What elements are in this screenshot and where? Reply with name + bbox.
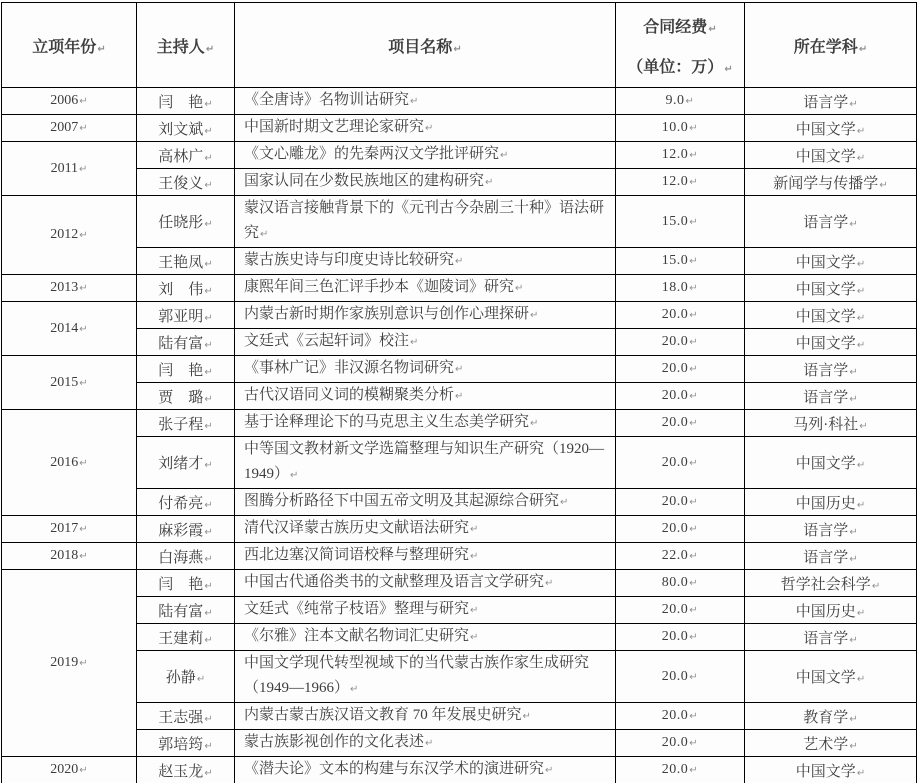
paragraph-mark-icon: ↵ bbox=[857, 126, 865, 137]
field-cell: 中国文学↵ bbox=[745, 248, 917, 275]
paragraph-mark-icon: ↵ bbox=[410, 337, 418, 348]
paragraph-mark-icon: ↵ bbox=[290, 470, 298, 481]
project-cell: 基于诠释理论下的马克思主义生态美学研究↵ bbox=[235, 410, 616, 437]
field-cell-label: 中国文学 bbox=[796, 122, 856, 138]
paragraph-mark-icon: ↵ bbox=[79, 123, 87, 134]
host-cell: 郭亚明↵ bbox=[137, 302, 235, 329]
paragraph-mark-icon: ↵ bbox=[455, 256, 463, 267]
host-cell-label: 高林广 bbox=[158, 149, 203, 165]
table-row: 孙静↵中国文学现代转型视域下的当代蒙古族作家生成研究（1949—1966）↵20… bbox=[2, 651, 917, 703]
project-cell: 中国古代通俗类书的文献整理及语言文学研究↵ bbox=[235, 570, 616, 597]
paragraph-mark-icon: ↵ bbox=[686, 96, 695, 107]
fund-cell-label: 20.0 bbox=[662, 388, 689, 403]
project-cell-label: 中国新时期文艺理论家研究 bbox=[244, 119, 424, 135]
project-cell-label: 内蒙古蒙古族汉语文教育 70 年发展史研究 bbox=[244, 707, 522, 723]
paragraph-mark-icon: ↵ bbox=[79, 658, 87, 669]
field-cell: 马列·科社↵ bbox=[745, 410, 917, 437]
table-row: 2017↵麻彩霞↵清代汉译蒙古族历史文献语法研究↵20.0↵语言学↵ bbox=[2, 516, 917, 543]
project-cell: 康熙年间三色汇评手抄本《迦陵词》研究↵ bbox=[235, 275, 616, 302]
fund-cell-label: 20.0 bbox=[662, 521, 689, 536]
host-cell: 贾 璐↵ bbox=[137, 383, 235, 410]
fund-cell-label: 12.0 bbox=[662, 147, 689, 162]
fund-cell: 15.0↵ bbox=[616, 248, 745, 275]
paragraph-mark-icon: ↵ bbox=[79, 765, 87, 776]
paragraph-mark-icon: ↵ bbox=[204, 500, 212, 511]
paragraph-mark-icon: ↵ bbox=[204, 313, 212, 324]
col-header-fund-line1-label: 合同经费 bbox=[643, 19, 707, 36]
paragraph-mark-icon: ↵ bbox=[204, 527, 212, 538]
paragraph-mark-icon: ↵ bbox=[350, 684, 358, 695]
host-cell-label: 闫 艳 bbox=[158, 577, 203, 593]
host-cell-label: 孙静 bbox=[166, 670, 196, 686]
fund-cell-label: 15.0 bbox=[662, 253, 689, 268]
project-cell: 西北边塞汉简词语校释与整理研究↵ bbox=[235, 543, 616, 570]
table-row: 陆有富↵文廷式《云起轩词》校注↵20.0↵中国文学↵ bbox=[2, 329, 917, 356]
fund-cell: 20.0↵ bbox=[616, 730, 745, 757]
table-row: 2014↵郭亚明↵内蒙古新时期作家族别意识与创作心理探研↵20.0↵中国文学↵ bbox=[2, 302, 917, 329]
year-cell: 2007↵ bbox=[2, 115, 137, 142]
paragraph-mark-icon: ↵ bbox=[545, 765, 553, 776]
host-cell-label: 任晓彤 bbox=[158, 215, 203, 231]
paragraph-mark-icon: ↵ bbox=[689, 738, 698, 749]
year-cell-label: 2006 bbox=[50, 93, 78, 108]
year-cell: 2006↵ bbox=[2, 88, 137, 115]
project-cell: 《全唐诗》名物训诂研究↵ bbox=[235, 88, 616, 115]
paragraph-mark-icon: ↵ bbox=[515, 283, 523, 294]
paragraph-mark-icon: ↵ bbox=[79, 230, 87, 241]
paragraph-mark-icon: ↵ bbox=[857, 608, 865, 619]
col-header-field: 所在学科↵ bbox=[745, 3, 917, 88]
project-cell: 《尔雅》注本文献名物词汇史研究↵ bbox=[235, 624, 616, 651]
host-cell-label: 陆有富 bbox=[158, 604, 203, 620]
paragraph-mark-icon: ↵ bbox=[260, 229, 268, 240]
host-cell: 陆有富↵ bbox=[137, 597, 235, 624]
field-cell: 中国文学↵ bbox=[745, 651, 917, 703]
fund-cell-label: 20.0 bbox=[662, 762, 689, 777]
paragraph-mark-icon: ↵ bbox=[204, 259, 212, 270]
paragraph-mark-icon: ↵ bbox=[849, 741, 857, 752]
table-row: 2011↵高林广↵《文心雕龙》的先秦两汉文学批评研究↵12.0↵中国文学↵ bbox=[2, 142, 917, 169]
col-header-fund: 合同经费↵ （单位：万）↵ bbox=[616, 3, 745, 88]
host-cell-label: 付希亮 bbox=[158, 496, 203, 512]
paragraph-mark-icon: ↵ bbox=[470, 524, 478, 535]
fund-cell-label: 20.0 bbox=[662, 602, 689, 617]
paragraph-mark-icon: ↵ bbox=[857, 340, 865, 351]
year-cell-label: 2013 bbox=[50, 280, 78, 295]
paragraph-mark-icon: ↵ bbox=[530, 310, 538, 321]
field-cell: 语言学↵ bbox=[745, 88, 917, 115]
field-cell: 语言学↵ bbox=[745, 383, 917, 410]
paragraph-mark-icon: ↵ bbox=[857, 460, 865, 471]
paragraph-mark-icon: ↵ bbox=[425, 738, 433, 749]
field-cell-label: 语言学 bbox=[803, 215, 848, 231]
host-cell-label: 白海燕 bbox=[158, 550, 203, 566]
field-cell-label: 语言学 bbox=[803, 550, 848, 566]
paragraph-mark-icon: ↵ bbox=[204, 635, 212, 646]
paragraph-mark-icon: ↵ bbox=[204, 768, 212, 779]
table-row: 2007↵刘文斌↵中国新时期文艺理论家研究↵10.0↵中国文学↵ bbox=[2, 115, 917, 142]
paragraph-mark-icon: ↵ bbox=[500, 150, 508, 161]
project-cell-label: 文廷式《云起轩词》校注 bbox=[244, 333, 409, 349]
fund-cell-label: 18.0 bbox=[662, 280, 689, 295]
host-cell: 王建莉↵ bbox=[137, 624, 235, 651]
field-cell-label: 中国文学 bbox=[796, 456, 856, 472]
host-cell-label: 刘绪才 bbox=[158, 456, 203, 472]
table-row: 付希亮↵图腾分析路径下中国五帝文明及其起源综合研究↵20.0↵中国历史↵ bbox=[2, 489, 917, 516]
year-cell: 2019↵ bbox=[2, 570, 137, 757]
project-cell: 中国文学现代转型视域下的当代蒙古族作家生成研究（1949—1966）↵ bbox=[235, 651, 616, 703]
fund-cell: 20.0↵ bbox=[616, 651, 745, 703]
paragraph-mark-icon: ↵ bbox=[410, 96, 418, 107]
host-cell-label: 刘 伟 bbox=[158, 282, 203, 298]
fund-cell-label: 20.0 bbox=[662, 735, 689, 750]
paragraph-mark-icon: ↵ bbox=[708, 24, 716, 35]
fund-cell-label: 9.0 bbox=[666, 93, 685, 108]
paragraph-mark-icon: ↵ bbox=[689, 765, 698, 776]
paragraph-mark-icon: ↵ bbox=[859, 44, 867, 55]
fund-cell: 20.0↵ bbox=[616, 356, 745, 383]
paragraph-mark-icon: ↵ bbox=[857, 768, 865, 779]
host-cell: 张子程↵ bbox=[137, 410, 235, 437]
host-cell: 赵玉龙↵ bbox=[137, 757, 235, 783]
paragraph-mark-icon: ↵ bbox=[857, 259, 865, 270]
project-cell: 蒙古族影视创作的文化表述↵ bbox=[235, 730, 616, 757]
fund-cell-label: 20.0 bbox=[662, 629, 689, 644]
paragraph-mark-icon: ↵ bbox=[79, 551, 87, 562]
year-cell-label: 2014 bbox=[50, 321, 78, 336]
table-row: 2012↵任晓彤↵蒙汉语言接触背景下的《元刊古今杂剧三十种》语法研究↵15.0↵… bbox=[2, 196, 917, 248]
table-row: 王艳凤↵蒙古族史诗与印度史诗比较研究↵15.0↵中国文学↵ bbox=[2, 248, 917, 275]
paragraph-mark-icon: ↵ bbox=[689, 524, 698, 535]
table-row: 2016↵张子程↵基于诠释理论下的马克思主义生态美学研究↵20.0↵马列·科社↵ bbox=[2, 410, 917, 437]
field-cell: 中国历史↵ bbox=[745, 489, 917, 516]
paragraph-mark-icon: ↵ bbox=[204, 153, 212, 164]
paragraph-mark-icon: ↵ bbox=[79, 524, 87, 535]
project-cell-label: 《文心雕龙》的先秦两汉文学批评研究 bbox=[244, 146, 499, 162]
field-cell: 艺术学↵ bbox=[745, 730, 917, 757]
project-cell-label: 康熙年间三色汇评手抄本《迦陵词》研究 bbox=[244, 279, 514, 295]
table-row: 2015↵闫 艳↵《事林广记》非汉源名物词研究↵20.0↵语言学↵ bbox=[2, 356, 917, 383]
paragraph-mark-icon: ↵ bbox=[204, 180, 212, 191]
host-cell: 麻彩霞↵ bbox=[137, 516, 235, 543]
field-cell-label: 语言学 bbox=[803, 523, 848, 539]
fund-cell: 20.0↵ bbox=[616, 302, 745, 329]
field-cell-label: 中国文学 bbox=[796, 336, 856, 352]
host-cell-label: 闫 艳 bbox=[158, 95, 203, 111]
paragraph-mark-icon: ↵ bbox=[849, 714, 857, 725]
field-cell: 中国文学↵ bbox=[745, 329, 917, 356]
year-cell: 2011↵ bbox=[2, 142, 137, 196]
fund-cell-label: 20.0 bbox=[662, 455, 689, 470]
paragraph-mark-icon: ↵ bbox=[206, 44, 214, 55]
paragraph-mark-icon: ↵ bbox=[849, 635, 857, 646]
fund-cell: 20.0↵ bbox=[616, 383, 745, 410]
host-cell-label: 麻彩霞 bbox=[158, 523, 203, 539]
col-header-project: 项目名称↵ bbox=[235, 3, 616, 88]
host-cell: 高林广↵ bbox=[137, 142, 235, 169]
host-cell-label: 张子程 bbox=[158, 417, 203, 433]
fund-cell-label: 20.0 bbox=[662, 708, 689, 723]
field-cell-label: 艺术学 bbox=[803, 737, 848, 753]
col-header-host-label: 主持人 bbox=[157, 39, 205, 56]
fund-cell: 18.0↵ bbox=[616, 275, 745, 302]
project-cell: 文廷式《云起轩词》校注↵ bbox=[235, 329, 616, 356]
host-cell-label: 王俊义 bbox=[158, 176, 203, 192]
host-cell: 刘 伟↵ bbox=[137, 275, 235, 302]
paragraph-mark-icon: ↵ bbox=[204, 608, 212, 619]
fund-cell-label: 20.0 bbox=[662, 494, 689, 509]
fund-cell: 22.0↵ bbox=[616, 543, 745, 570]
fund-cell-label: 80.0 bbox=[662, 575, 689, 590]
col-header-fund-line2-label: （单位：万） bbox=[627, 59, 723, 76]
paragraph-mark-icon: ↵ bbox=[689, 605, 698, 616]
header-row: 立项年份↵ 主持人↵ 项目名称↵ 合同经费↵ （单位：万）↵ 所在学科↵ bbox=[2, 3, 917, 88]
col-header-year: 立项年份↵ bbox=[2, 3, 137, 88]
col-header-fund-line2: （单位：万）↵ bbox=[627, 54, 732, 77]
paragraph-mark-icon: ↵ bbox=[849, 99, 857, 110]
table-row: 2019↵闫 艳↵中国古代通俗类书的文献整理及语言文学研究↵80.0↵哲学社会科… bbox=[2, 570, 917, 597]
project-cell-label: 基于诠释理论下的马克思主义生态美学研究 bbox=[244, 414, 529, 430]
year-cell-label: 2017 bbox=[50, 521, 78, 536]
paragraph-mark-icon: ↵ bbox=[849, 219, 857, 230]
fund-cell-label: 20.0 bbox=[662, 307, 689, 322]
project-cell: 《潜夫论》文本的构建与东汉学术的演进研究↵ bbox=[235, 757, 616, 783]
host-cell-label: 闫 艳 bbox=[158, 363, 203, 379]
col-header-field-label: 所在学科 bbox=[794, 39, 858, 56]
paragraph-mark-icon: ↵ bbox=[689, 711, 698, 722]
paragraph-mark-icon: ↵ bbox=[689, 578, 698, 589]
paragraph-mark-icon: ↵ bbox=[857, 286, 865, 297]
paragraph-mark-icon: ↵ bbox=[849, 394, 857, 405]
paragraph-mark-icon: ↵ bbox=[689, 337, 698, 348]
project-cell: 《文心雕龙》的先秦两汉文学批评研究↵ bbox=[235, 142, 616, 169]
fund-cell: 12.0↵ bbox=[616, 169, 745, 196]
year-cell-label: 2011 bbox=[51, 161, 78, 176]
paragraph-mark-icon: ↵ bbox=[204, 581, 212, 592]
paragraph-mark-icon: ↵ bbox=[79, 164, 87, 175]
table-row: 2020↵赵玉龙↵《潜夫论》文本的构建与东汉学术的演进研究↵20.0↵中国文学↵ bbox=[2, 757, 917, 783]
host-cell-label: 赵玉龙 bbox=[158, 764, 203, 780]
host-cell-label: 王建莉 bbox=[158, 631, 203, 647]
host-cell: 闫 艳↵ bbox=[137, 88, 235, 115]
paragraph-mark-icon: ↵ bbox=[204, 554, 212, 565]
paragraph-mark-icon: ↵ bbox=[689, 497, 698, 508]
paragraph-mark-icon: ↵ bbox=[470, 632, 478, 643]
project-cell-label: 中等国文教材新文学选篇整理与知识生产研究（1920—1949） bbox=[244, 441, 604, 482]
table-row: 2018↵白海燕↵西北边塞汉简词语校释与整理研究↵22.0↵语言学↵ bbox=[2, 543, 917, 570]
project-cell: 蒙汉语言接触背景下的《元刊古今杂剧三十种》语法研究↵ bbox=[235, 196, 616, 248]
host-cell-label: 陆有富 bbox=[158, 336, 203, 352]
paragraph-mark-icon: ↵ bbox=[204, 286, 212, 297]
paragraph-mark-icon: ↵ bbox=[204, 367, 212, 378]
field-cell: 新闻学与传播学↵ bbox=[745, 169, 917, 196]
field-cell-label: 中国历史 bbox=[796, 496, 856, 512]
document-page: 立项年份↵ 主持人↵ 项目名称↵ 合同经费↵ （单位：万）↵ 所在学科↵ bbox=[0, 0, 917, 783]
paragraph-mark-icon: ↵ bbox=[689, 310, 698, 321]
fund-cell: 20.0↵ bbox=[616, 597, 745, 624]
field-cell-label: 新闻学与传播学 bbox=[773, 176, 878, 192]
paragraph-mark-icon: ↵ bbox=[204, 394, 212, 405]
paragraph-mark-icon: ↵ bbox=[204, 219, 212, 230]
fund-cell: 20.0↵ bbox=[616, 703, 745, 730]
paragraph-mark-icon: ↵ bbox=[859, 421, 867, 432]
field-cell: 中国文学↵ bbox=[745, 302, 917, 329]
host-cell: 王艳凤↵ bbox=[137, 248, 235, 275]
paragraph-mark-icon: ↵ bbox=[689, 458, 698, 469]
project-cell-label: 蒙汉语言接触背景下的《元刊古今杂剧三十种》语法研究 bbox=[244, 200, 604, 241]
fund-cell-label: 20.0 bbox=[662, 334, 689, 349]
project-cell-label: 清代汉译蒙古族历史文献语法研究 bbox=[244, 520, 469, 536]
host-cell-label: 贾 璐 bbox=[158, 390, 203, 406]
field-cell: 语言学↵ bbox=[745, 624, 917, 651]
field-cell-label: 中国文学 bbox=[796, 764, 856, 780]
project-cell-label: 蒙古族影视创作的文化表述 bbox=[244, 734, 424, 750]
project-cell: 蒙古族史诗与印度史诗比较研究↵ bbox=[235, 248, 616, 275]
host-cell-label: 刘文斌 bbox=[158, 122, 203, 138]
project-cell-label: 《潜夫论》文本的构建与东汉学术的演进研究 bbox=[244, 761, 544, 777]
paragraph-mark-icon: ↵ bbox=[79, 96, 87, 107]
col-header-host: 主持人↵ bbox=[137, 3, 235, 88]
project-cell-label: 内蒙古新时期作家族别意识与创作心理探研 bbox=[244, 306, 529, 322]
fund-cell: 20.0↵ bbox=[616, 624, 745, 651]
field-cell-label: 中国历史 bbox=[796, 604, 856, 620]
field-cell-label: 中国文学 bbox=[796, 255, 856, 271]
year-cell: 2018↵ bbox=[2, 543, 137, 570]
year-cell: 2014↵ bbox=[2, 302, 137, 356]
field-cell: 语言学↵ bbox=[745, 516, 917, 543]
paragraph-mark-icon: ↵ bbox=[849, 527, 857, 538]
field-cell-label: 教育学 bbox=[803, 710, 848, 726]
project-cell-label: 蒙古族史诗与印度史诗比较研究 bbox=[244, 252, 454, 268]
col-header-fund-stack: 合同经费↵ （单位：万）↵ bbox=[616, 14, 744, 77]
field-cell: 中国文学↵ bbox=[745, 757, 917, 783]
paragraph-mark-icon: ↵ bbox=[849, 367, 857, 378]
fund-cell: 20.0↵ bbox=[616, 410, 745, 437]
field-cell-label: 中国文学 bbox=[796, 282, 856, 298]
project-cell: 文廷式《纯常子枝语》整理与研究↵ bbox=[235, 597, 616, 624]
host-cell: 王俊义↵ bbox=[137, 169, 235, 196]
fund-cell-label: 20.0 bbox=[662, 361, 689, 376]
paragraph-mark-icon: ↵ bbox=[470, 551, 478, 562]
project-cell-label: 图腾分析路径下中国五帝文明及其起源综合研究 bbox=[244, 493, 559, 509]
fund-cell-label: 20.0 bbox=[662, 669, 689, 684]
paragraph-mark-icon: ↵ bbox=[523, 711, 531, 722]
host-cell-label: 郭亚明 bbox=[158, 309, 203, 325]
paragraph-mark-icon: ↵ bbox=[857, 153, 865, 164]
paragraph-mark-icon: ↵ bbox=[425, 123, 433, 134]
paragraph-mark-icon: ↵ bbox=[879, 180, 887, 191]
project-cell-label: 《尔雅》注本文献名物词汇史研究 bbox=[244, 628, 469, 644]
paragraph-mark-icon: ↵ bbox=[689, 391, 698, 402]
field-cell: 语言学↵ bbox=[745, 543, 917, 570]
fund-cell-label: 15.0 bbox=[662, 214, 689, 229]
year-cell: 2020↵ bbox=[2, 757, 137, 783]
field-cell-label: 哲学社会科学 bbox=[781, 577, 871, 593]
host-cell: 白海燕↵ bbox=[137, 543, 235, 570]
host-cell: 闫 艳↵ bbox=[137, 356, 235, 383]
host-cell-label: 郭培筠 bbox=[158, 737, 203, 753]
paragraph-mark-icon: ↵ bbox=[204, 421, 212, 432]
paragraph-mark-icon: ↵ bbox=[204, 126, 212, 137]
paragraph-mark-icon: ↵ bbox=[455, 391, 463, 402]
project-cell-label: 中国古代通俗类书的文献整理及语言文学研究 bbox=[244, 574, 544, 590]
fund-cell: 20.0↵ bbox=[616, 437, 745, 489]
host-cell: 闫 艳↵ bbox=[137, 570, 235, 597]
funding-table: 立项年份↵ 主持人↵ 项目名称↵ 合同经费↵ （单位：万）↵ 所在学科↵ bbox=[1, 2, 917, 783]
paragraph-mark-icon: ↵ bbox=[857, 674, 865, 685]
field-cell: 中国文学↵ bbox=[745, 437, 917, 489]
year-cell-label: 2007 bbox=[50, 120, 78, 135]
host-cell: 陆有富↵ bbox=[137, 329, 235, 356]
table-row: 贾 璐↵古代汉语同义词的模糊聚类分析↵20.0↵语言学↵ bbox=[2, 383, 917, 410]
col-header-year-label: 立项年份 bbox=[32, 39, 96, 56]
project-cell: 《事林广记》非汉源名物词研究↵ bbox=[235, 356, 616, 383]
paragraph-mark-icon: ↵ bbox=[689, 256, 698, 267]
paragraph-mark-icon: ↵ bbox=[857, 313, 865, 324]
field-cell: 哲学社会科学↵ bbox=[745, 570, 917, 597]
paragraph-mark-icon: ↵ bbox=[724, 64, 732, 75]
field-cell-label: 语言学 bbox=[803, 631, 848, 647]
field-cell: 教育学↵ bbox=[745, 703, 917, 730]
table-body: 2006↵闫 艳↵《全唐诗》名物训诂研究↵9.0↵语言学↵2007↵刘文斌↵中国… bbox=[2, 88, 917, 783]
fund-cell-label: 20.0 bbox=[662, 415, 689, 430]
fund-cell-label: 22.0 bbox=[662, 548, 689, 563]
year-cell-label: 2019 bbox=[50, 655, 78, 670]
paragraph-mark-icon: ↵ bbox=[204, 99, 212, 110]
paragraph-mark-icon: ↵ bbox=[455, 364, 463, 375]
paragraph-mark-icon: ↵ bbox=[689, 551, 698, 562]
col-header-fund-line1: 合同经费↵ bbox=[643, 14, 716, 37]
field-cell-label: 中国文学 bbox=[796, 670, 856, 686]
paragraph-mark-icon: ↵ bbox=[97, 44, 105, 55]
paragraph-mark-icon: ↵ bbox=[689, 150, 698, 161]
project-cell: 中等国文教材新文学选篇整理与知识生产研究（1920—1949）↵ bbox=[235, 437, 616, 489]
fund-cell: 20.0↵ bbox=[616, 757, 745, 783]
paragraph-mark-icon: ↵ bbox=[689, 632, 698, 643]
paragraph-mark-icon: ↵ bbox=[689, 123, 698, 134]
year-cell-label: 2018 bbox=[50, 548, 78, 563]
fund-cell: 20.0↵ bbox=[616, 516, 745, 543]
fund-cell-label: 12.0 bbox=[662, 174, 689, 189]
field-cell: 语言学↵ bbox=[745, 196, 917, 248]
host-cell-label: 王艳凤 bbox=[158, 255, 203, 271]
fund-cell: 9.0↵ bbox=[616, 88, 745, 115]
paragraph-mark-icon: ↵ bbox=[689, 418, 698, 429]
paragraph-mark-icon: ↵ bbox=[689, 672, 698, 683]
paragraph-mark-icon: ↵ bbox=[560, 497, 568, 508]
table-row: 刘绪才↵中等国文教材新文学选篇整理与知识生产研究（1920—1949）↵20.0… bbox=[2, 437, 917, 489]
host-cell: 郭培筠↵ bbox=[137, 730, 235, 757]
paragraph-mark-icon: ↵ bbox=[79, 378, 87, 389]
project-cell-label: 文廷式《纯常子枝语》整理与研究 bbox=[244, 601, 469, 617]
fund-cell: 10.0↵ bbox=[616, 115, 745, 142]
paragraph-mark-icon: ↵ bbox=[689, 364, 698, 375]
host-cell: 刘绪才↵ bbox=[137, 437, 235, 489]
field-cell-label: 语言学 bbox=[803, 390, 848, 406]
host-cell: 孙静↵ bbox=[137, 651, 235, 703]
paragraph-mark-icon: ↵ bbox=[849, 554, 857, 565]
project-cell-label: 古代汉语同义词的模糊聚类分析 bbox=[244, 387, 454, 403]
paragraph-mark-icon: ↵ bbox=[857, 500, 865, 511]
fund-cell: 15.0↵ bbox=[616, 196, 745, 248]
project-cell-label: 国家认同在少数民族地区的建构研究 bbox=[244, 173, 484, 189]
table-row: 陆有富↵文廷式《纯常子枝语》整理与研究↵20.0↵中国历史↵ bbox=[2, 597, 917, 624]
table-row: 王建莉↵《尔雅》注本文献名物词汇史研究↵20.0↵语言学↵ bbox=[2, 624, 917, 651]
fund-cell: 80.0↵ bbox=[616, 570, 745, 597]
field-cell-label: 中国文学 bbox=[796, 149, 856, 165]
field-cell-label: 语言学 bbox=[803, 95, 848, 111]
project-cell: 中国新时期文艺理论家研究↵ bbox=[235, 115, 616, 142]
